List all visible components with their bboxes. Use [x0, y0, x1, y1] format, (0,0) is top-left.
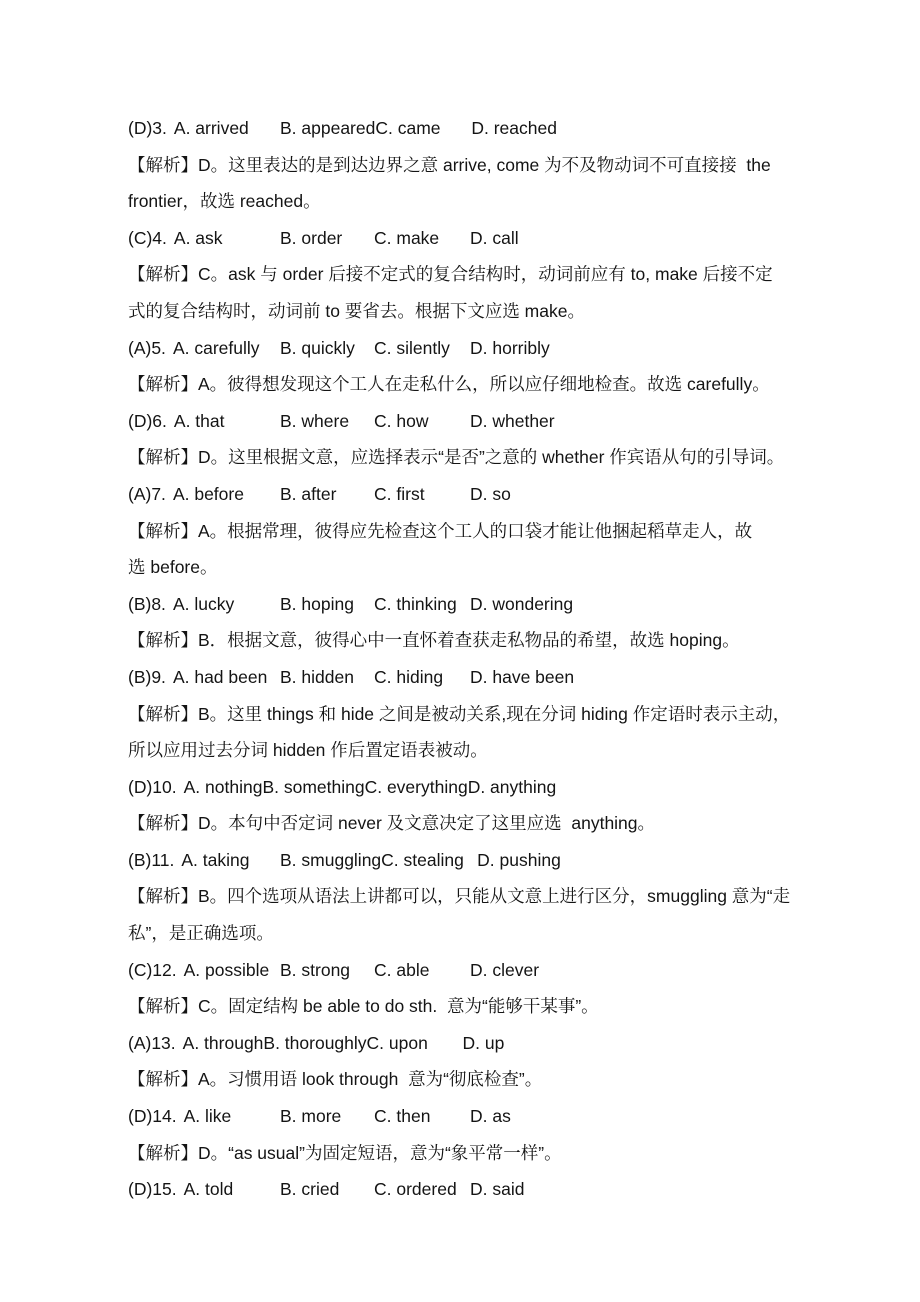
analysis-line: 选 before。 [128, 549, 802, 586]
question-row-4: (C)4.A. askB. orderC. makeD. call [128, 220, 802, 257]
option-d: D. reached [471, 110, 557, 147]
option-b: B. thoroughly [263, 1025, 366, 1062]
question-cell: (C)12.A. possible [128, 952, 280, 989]
answer-and-number: (D)6. [128, 411, 167, 431]
question-cell: (D)10.A. nothing [128, 769, 262, 806]
analysis-line: 【解析】D。本句中否定词 never 及文意决定了这里应选 anything。 [128, 805, 802, 842]
analysis-line: 【解析】D。“as usual”为固定短语，意为“象平常一样”。 [128, 1135, 802, 1172]
question-cell: (D)15.A. told [128, 1171, 280, 1208]
option-c: C. hiding [374, 659, 470, 696]
option-c: C. ordered [374, 1171, 470, 1208]
answer-and-number: (B)8. [128, 594, 166, 614]
answer-and-number: (D)3. [128, 118, 167, 138]
analysis-line: 【解析】A。根据常理，彼得应先检查这个工人的口袋才能让他捆起稻草走人，故 [128, 513, 802, 550]
option-c: C. everything [365, 769, 468, 806]
analysis-line: 私”，是正确选项。 [128, 915, 802, 952]
option-d: D. up [463, 1025, 505, 1062]
option-d: D. horribly [470, 330, 550, 367]
question-cell: (D)6.A. that [128, 403, 280, 440]
answer-and-number: (A)5. [128, 338, 166, 358]
option-b: B. hoping [280, 586, 374, 623]
question-row-12: (C)12.A. possibleB. strongC. ableD. clev… [128, 952, 802, 989]
question-row-15: (D)15.A. toldB. criedC. orderedD. said [128, 1171, 802, 1208]
option-d: D. anything [468, 769, 557, 806]
answer-and-number: (C)4. [128, 228, 167, 248]
option-a: A. nothing [184, 777, 263, 797]
option-d: D. call [470, 220, 519, 257]
question-cell: (A)5.A. carefully [128, 330, 280, 367]
question-cell: (D)3.A. arrived [128, 110, 280, 147]
option-d: D. as [470, 1098, 511, 1135]
question-row-14: (D)14.A. likeB. moreC. thenD. as [128, 1098, 802, 1135]
document-page: (D)3.A. arrivedB. appearedC. cameD. reac… [0, 0, 920, 1302]
analysis-line: 【解析】D。这里表达的是到达边界之意 arrive, come 为不及物动词不可… [128, 147, 802, 184]
option-b: B. more [280, 1098, 374, 1135]
option-c: C. silently [374, 330, 470, 367]
option-c: C. upon [367, 1025, 463, 1062]
question-cell: (A)13.A. through [128, 1025, 263, 1062]
answer-and-number: (D)15. [128, 1179, 177, 1199]
option-a: A. ask [174, 228, 223, 248]
option-b: B. hidden [280, 659, 374, 696]
option-a: A. through [183, 1033, 264, 1053]
option-c: C. how [374, 403, 470, 440]
answer-and-number: (A)13. [128, 1033, 176, 1053]
option-d: D. have been [470, 659, 574, 696]
question-row-10: (D)10.A. nothingB. somethingC. everythin… [128, 769, 802, 806]
option-c: C. thinking [374, 586, 470, 623]
analysis-line: 【解析】C。ask 与 order 后接不定式的复合结构时，动词前应有 to, … [128, 256, 802, 293]
option-b: B. after [280, 476, 374, 513]
option-a: A. like [184, 1106, 232, 1126]
option-b: B. order [280, 220, 374, 257]
question-row-13: (A)13.A. throughB. thoroughlyC. uponD. u… [128, 1025, 802, 1062]
option-d: D. wondering [470, 586, 573, 623]
analysis-line: 【解析】C。固定结构 be able to do sth. 意为“能够干某事”。 [128, 988, 802, 1025]
analysis-line: 【解析】B。四个选项从语法上讲都可以，只能从文意上进行区分，smuggling … [128, 878, 802, 915]
option-c: C. able [374, 952, 470, 989]
option-b: B. quickly [280, 330, 374, 367]
option-d: D. said [470, 1171, 524, 1208]
analysis-line: 式的复合结构时，动词前 to 要省去。根据下文应选 make。 [128, 293, 802, 330]
option-a: A. told [184, 1179, 234, 1199]
answer-and-number: (D)10. [128, 777, 177, 797]
analysis-line: 【解析】D。这里根据文意，应选择表示“是否”之意的 whether 作宾语从句的… [128, 439, 802, 476]
question-row-11: (B)11.A. takingB. smugglingC. stealingD.… [128, 842, 802, 879]
question-cell: (B)8.A. lucky [128, 586, 280, 623]
option-c: C. make [374, 220, 470, 257]
analysis-line: frontier，故选 reached。 [128, 183, 802, 220]
question-cell: (C)4.A. ask [128, 220, 280, 257]
option-c: C. stealing [381, 842, 477, 879]
option-a: A. lucky [173, 594, 234, 614]
analysis-line: 【解析】A。彼得想发现这个工人在走私什么，所以应仔细地检查。故选 careful… [128, 366, 802, 403]
option-a: A. that [174, 411, 225, 431]
answer-and-number: (C)12. [128, 960, 177, 980]
answer-and-number: (D)14. [128, 1106, 177, 1126]
answer-and-number: (B)9. [128, 667, 166, 687]
question-cell: (D)14.A. like [128, 1098, 280, 1135]
option-d: D. clever [470, 952, 539, 989]
option-c: C. first [374, 476, 470, 513]
answer-and-number: (B)11. [128, 850, 174, 870]
question-cell: (A)7.A. before [128, 476, 280, 513]
option-b: B. appeared [280, 110, 375, 147]
option-b: B. smuggling [280, 842, 381, 879]
question-row-7: (A)7.A. beforeB. afterC. firstD. so [128, 476, 802, 513]
option-a: A. before [173, 484, 244, 504]
option-c: C. came [375, 110, 471, 147]
option-a: A. arrived [174, 118, 249, 138]
analysis-line: 【解析】A。习惯用语 look through 意为“彻底检查”。 [128, 1061, 802, 1098]
option-d: D. pushing [477, 842, 561, 879]
option-b: B. where [280, 403, 374, 440]
answer-and-number: (A)7. [128, 484, 166, 504]
question-row-8: (B)8.A. luckyB. hopingC. thinkingD. wond… [128, 586, 802, 623]
option-a: A. had been [173, 667, 267, 687]
option-b: B. cried [280, 1171, 374, 1208]
question-row-5: (A)5.A. carefullyB. quicklyC. silentlyD.… [128, 330, 802, 367]
option-c: C. then [374, 1098, 470, 1135]
question-row-6: (D)6.A. thatB. whereC. howD. whether [128, 403, 802, 440]
question-row-9: (B)9.A. had beenB. hiddenC. hidingD. hav… [128, 659, 802, 696]
option-a: A. taking [181, 850, 249, 870]
option-a: A. carefully [173, 338, 260, 358]
question-cell: (B)9.A. had been [128, 659, 280, 696]
option-b: B. something [262, 769, 364, 806]
analysis-line: 【解析】B．根据文意，彼得心中一直怀着查获走私物品的希望，故选 hoping。 [128, 622, 802, 659]
option-b: B. strong [280, 952, 374, 989]
question-cell: (B)11.A. taking [128, 842, 280, 879]
analysis-line: 所以应用过去分词 hidden 作后置定语表被动。 [128, 732, 802, 769]
option-a: A. possible [184, 960, 270, 980]
option-d: D. whether [470, 403, 555, 440]
question-row-3: (D)3.A. arrivedB. appearedC. cameD. reac… [128, 110, 802, 147]
analysis-line: 【解析】B。这里 things 和 hide 之间是被动关系,现在分词 hidi… [128, 696, 802, 733]
option-d: D. so [470, 476, 511, 513]
